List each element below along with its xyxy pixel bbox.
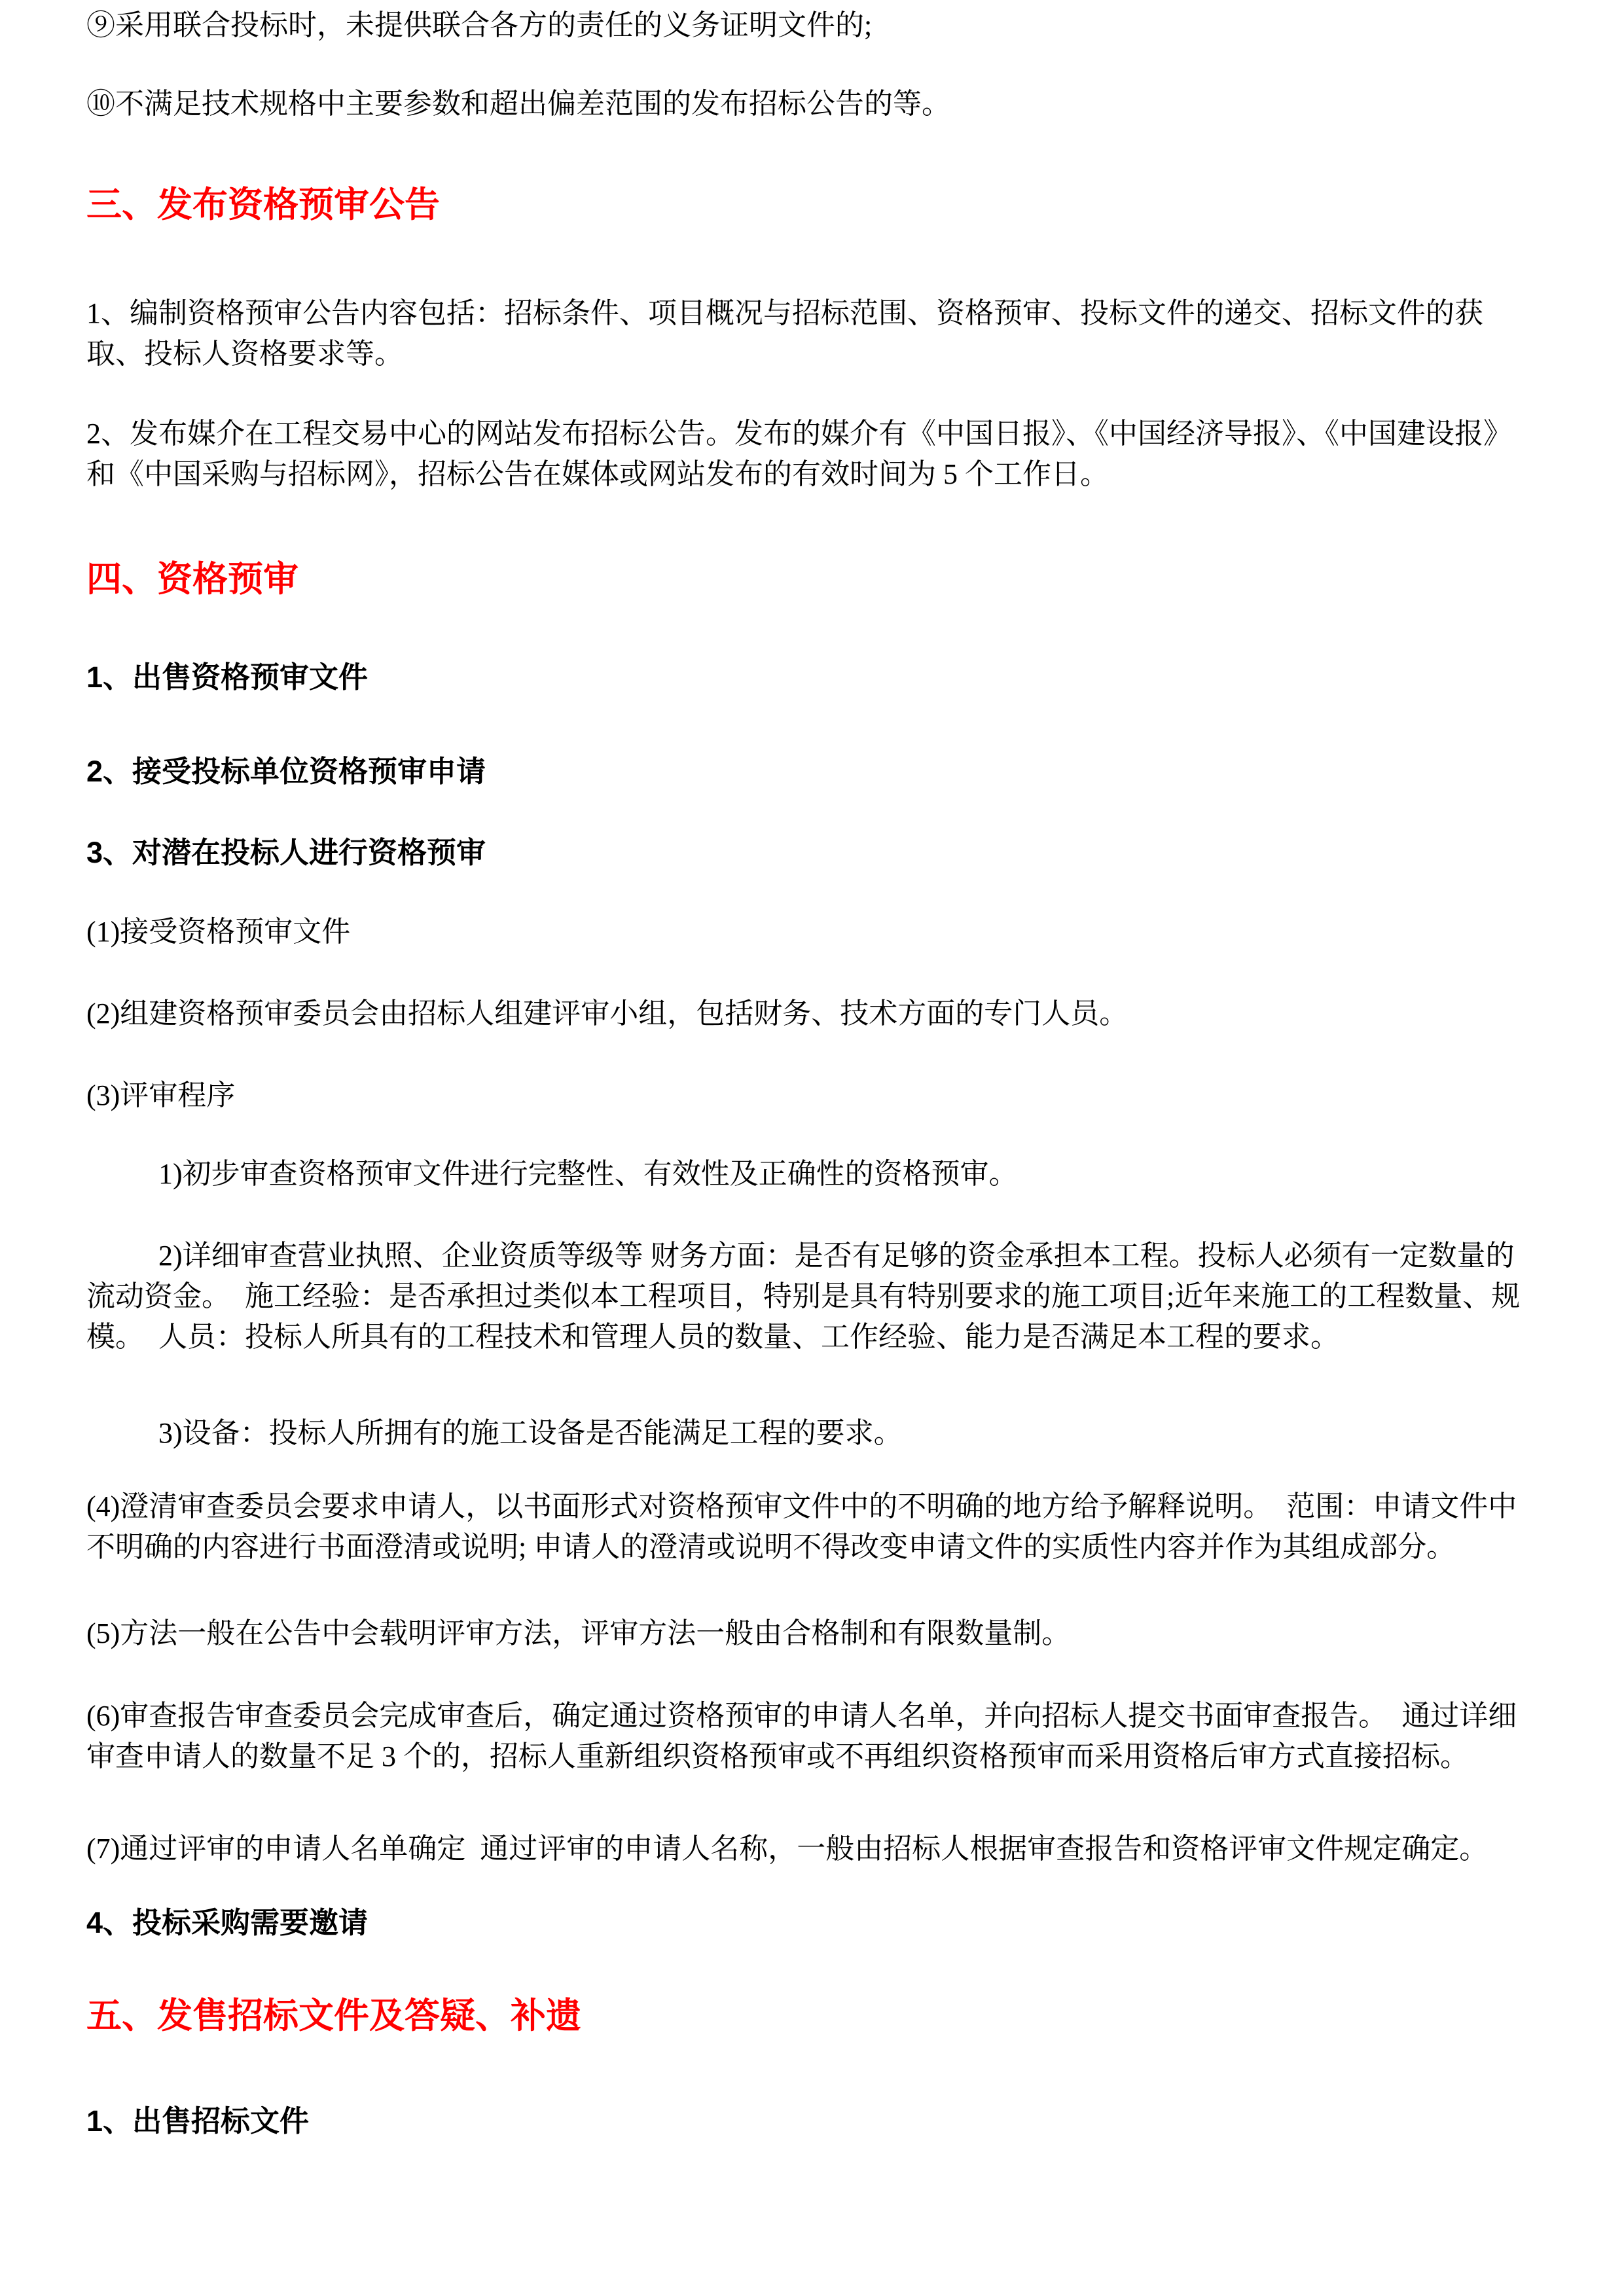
step-4-clarification: (4)澄清审查委员会要求申请人，以书面形式对资格预审文件中的不明确的地方给予解释… [86, 1486, 1540, 1568]
step-6-review-report: (6)审查报告审查委员会完成审查后，确定通过资格预审的申请人名单，并向招标人提交… [86, 1696, 1540, 1777]
paragraph-announcement-media: 2、发布媒介在工程交易中心的网站发布招标公告。发布的媒介有《中国日报》、《中国经… [86, 414, 1540, 495]
substep-1-preliminary-review: 1)初步审查资格预审文件进行完整性、有效性及正确性的资格预审。 [86, 1154, 1540, 1194]
subitem-3-prequalify-potential-bidders: 3、对潜在投标人进行资格预审 [86, 833, 1540, 873]
substep-3-equipment: 3)设备：投标人所拥有的施工设备是否能满足工程的要求。 [86, 1413, 1540, 1454]
subitem-4-procurement-invitation: 4、投标采购需要邀请 [86, 1903, 1540, 1943]
substep-2-detailed-review: 2)详细审查营业执照、企业资质等级等 财务方面：是否有足够的资金承担本工程。投标… [86, 1236, 1540, 1357]
subitem-2-accept-applications: 2、接受投标单位资格预审申请 [86, 751, 1540, 792]
document-page: ⑨采用联合投标时，未提供联合各方的责任的义务证明文件的; ⑩不满足技术规格中主要… [0, 0, 1624, 2296]
step-2-form-review-committee: (2)组建资格预审委员会由招标人组建评审小组，包括财务、技术方面的专门人员。 [86, 994, 1540, 1034]
step-5-review-method: (5)方法一般在公告中会载明评审方法，评审方法一般由合格制和有限数量制。 [86, 1613, 1540, 1654]
section-heading-4-prequalification: 四、资格预审 [86, 556, 1540, 602]
step-3-review-procedure: (3)评审程序 [86, 1075, 1540, 1116]
list-item-circled-9: ⑨采用联合投标时，未提供联合各方的责任的义务证明文件的; [86, 5, 1540, 46]
step-1-accept-documents: (1)接受资格预审文件 [86, 912, 1540, 952]
paragraph-announcement-content: 1、编制资格预审公告内容包括：招标条件、项目概况与招标范围、资格预审、投标文件的… [86, 293, 1540, 374]
list-item-circled-10: ⑩不满足技术规格中主要参数和超出偏差范围的发布招标公告的等。 [86, 84, 1540, 124]
step-7-approved-applicant-list: (7)通过评审的申请人名单确定 通过评审的申请人名称，一般由招标人根据审查报告和… [86, 1829, 1540, 1869]
subitem-1-sell-prequalification-documents: 1、出售资格预审文件 [86, 657, 1540, 698]
section-heading-3-publish-prequalification-announcement: 三、发布资格预审公告 [86, 182, 1540, 228]
subitem-1-sell-bidding-documents: 1、出售招标文件 [86, 2101, 1540, 2142]
section-heading-5-issue-bidding-documents: 五、发售招标文件及答疑、补遗 [86, 1993, 1540, 2039]
